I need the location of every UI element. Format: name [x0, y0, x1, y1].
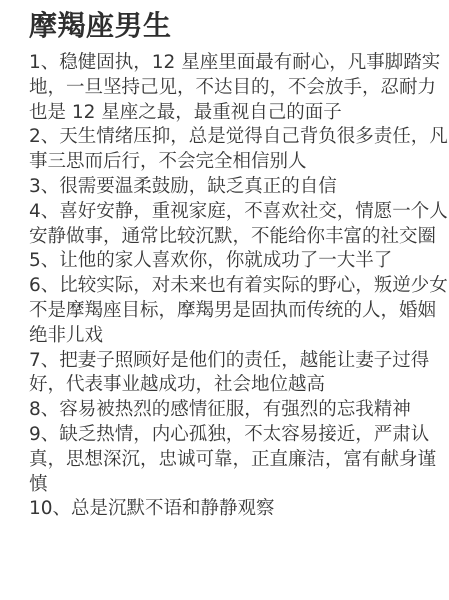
list-item-line: 慎: [29, 473, 419, 498]
list-item-5: 5、让他的家人喜欢你，你就成功了一大半了: [29, 249, 419, 274]
list-item-line: 8、容易被热烈的感情征服，有强烈的忘我精神: [29, 398, 419, 423]
list-item-4: 4、喜好安静，重视家庭，不喜欢社交，情愿一个人 安静做事，通常比较沉默，不能给你…: [29, 200, 419, 250]
trait-list: 1、稳健固执，12 星座里面最有耐心，凡事脚踏实 地，一旦坚持己见，不达目的，不…: [29, 51, 419, 522]
list-item-7: 7、把妻子照顾好是他们的责任，越能让妻子过得 好，代表事业越成功，社会地位越高: [29, 349, 419, 399]
list-item-line: 5、让他的家人喜欢你，你就成功了一大半了: [29, 249, 419, 274]
list-item-line: 9、缺乏热情，内心孤独，不太容易接近，严肃认: [29, 423, 419, 448]
list-item-8: 8、容易被热烈的感情征服，有强烈的忘我精神: [29, 398, 419, 423]
list-item-3: 3、很需要温柔鼓励，缺乏真正的自信: [29, 175, 419, 200]
list-item-line: 3、很需要温柔鼓励，缺乏真正的自信: [29, 175, 419, 200]
list-item-line: 4、喜好安静，重视家庭，不喜欢社交，情愿一个人: [29, 200, 419, 225]
list-item-line: 7、把妻子照顾好是他们的责任，越能让妻子过得: [29, 349, 419, 374]
list-item-line: 事三思而后行，不会完全相信别人: [29, 150, 419, 175]
list-item-10: 10、总是沉默不语和静静观察: [29, 497, 419, 522]
list-item-6: 6、比较实际，对未来也有着实际的野心，叛逆少女 不是摩羯座目标，摩羯男是固执而传…: [29, 274, 419, 348]
list-item-line: 真，思想深沉，忠诚可靠，正直廉洁，富有献身谨: [29, 448, 419, 473]
list-item-1: 1、稳健固执，12 星座里面最有耐心，凡事脚踏实 地，一旦坚持己见，不达目的，不…: [29, 51, 419, 125]
page-title: 摩羯座男生: [29, 0, 419, 44]
list-item-line: 6、比较实际，对未来也有着实际的野心，叛逆少女: [29, 274, 419, 299]
list-item-9: 9、缺乏热情，内心孤独，不太容易接近，严肃认 真，思想深沉，忠诚可靠，正直廉洁，…: [29, 423, 419, 497]
document-page: 摩羯座男生 1、稳健固执，12 星座里面最有耐心，凡事脚踏实 地，一旦坚持己见，…: [29, 0, 419, 522]
list-item-2: 2、天生情绪压抑，总是觉得自己背负很多责任，凡 事三思而后行，不会完全相信别人: [29, 125, 419, 175]
list-item-line: 绝非儿戏: [29, 324, 419, 349]
list-item-line: 不是摩羯座目标，摩羯男是固执而传统的人，婚姻: [29, 299, 419, 324]
list-item-line: 好，代表事业越成功，社会地位越高: [29, 373, 419, 398]
list-item-line: 安静做事，通常比较沉默，不能给你丰富的社交圈: [29, 225, 419, 250]
list-item-line: 10、总是沉默不语和静静观察: [29, 497, 419, 522]
list-item-line: 地，一旦坚持己见，不达目的，不会放手，忍耐力: [29, 76, 419, 101]
list-item-line: 也是 12 星座之最，最重视自己的面子: [29, 101, 419, 126]
list-item-line: 2、天生情绪压抑，总是觉得自己背负很多责任，凡: [29, 125, 419, 150]
list-item-line: 1、稳健固执，12 星座里面最有耐心，凡事脚踏实: [29, 51, 419, 76]
